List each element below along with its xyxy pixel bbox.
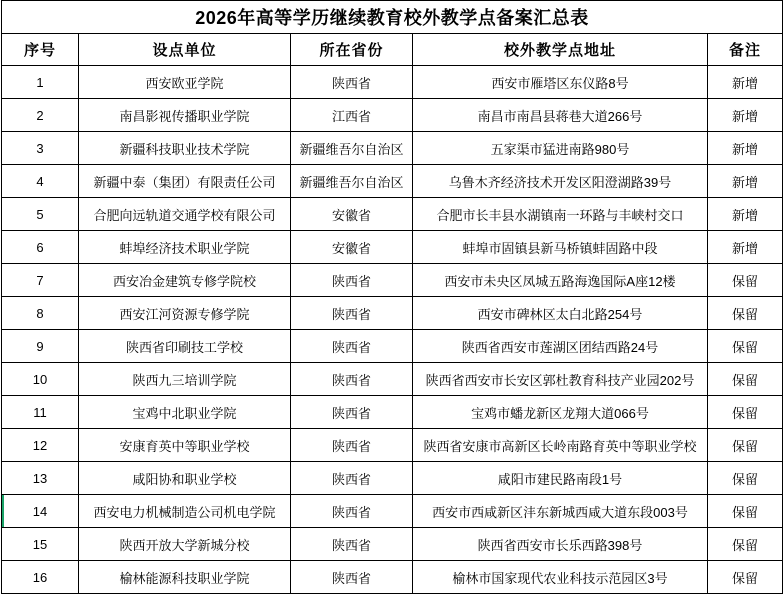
table-row: 2 南昌影视传播职业学院 江西省 南昌市南昌县蒋巷大道266号 新增 bbox=[2, 99, 783, 132]
cell-address[interactable]: 合肥市长丰县水湖镇南一环路与丰峡村交口 bbox=[413, 198, 708, 231]
cell-remark[interactable]: 保留 bbox=[708, 429, 783, 462]
cell-province[interactable]: 陕西省 bbox=[291, 264, 413, 297]
table-row: 8 西安江河资源专修学院 陕西省 西安市碑林区太白北路254号 保留 bbox=[2, 297, 783, 330]
col-header-address[interactable]: 校外教学点地址 bbox=[413, 34, 708, 66]
cell-address[interactable]: 西安市碑林区太白北路254号 bbox=[413, 297, 708, 330]
cell-remark[interactable]: 新增 bbox=[708, 99, 783, 132]
col-header-serial-no[interactable]: 序号 bbox=[2, 34, 79, 66]
table-row: 4 新疆中泰（集团）有限责任公司 新疆维吾尔自治区 乌鲁木齐经济技术开发区阳澄湖… bbox=[2, 165, 783, 198]
cell-remark[interactable]: 保留 bbox=[708, 297, 783, 330]
cell-province[interactable]: 新疆维吾尔自治区 bbox=[291, 132, 413, 165]
table-row: 3 新疆科技职业技术学院 新疆维吾尔自治区 五家渠市猛进南路980号 新增 bbox=[2, 132, 783, 165]
cell-province[interactable]: 陕西省 bbox=[291, 429, 413, 462]
cell-address[interactable]: 陕西省西安市长乐西路398号 bbox=[413, 528, 708, 561]
cell-unit[interactable]: 合肥向远轨道交通学校有限公司 bbox=[79, 198, 291, 231]
cell-unit[interactable]: 新疆中泰（集团）有限责任公司 bbox=[79, 165, 291, 198]
cell-remark[interactable]: 保留 bbox=[708, 495, 783, 528]
cell-province[interactable]: 陕西省 bbox=[291, 396, 413, 429]
cell-unit[interactable]: 南昌影视传播职业学院 bbox=[79, 99, 291, 132]
cell-serial-no[interactable]: 13 bbox=[2, 462, 79, 495]
filing-summary-table: 2026年高等学历继续教育校外教学点备案汇总表 序号 设点单位 所在省份 校外教… bbox=[1, 0, 783, 594]
table-row: 5 合肥向远轨道交通学校有限公司 安徽省 合肥市长丰县水湖镇南一环路与丰峡村交口… bbox=[2, 198, 783, 231]
cell-serial-no[interactable]: 6 bbox=[2, 231, 79, 264]
cell-unit[interactable]: 宝鸡中北职业学院 bbox=[79, 396, 291, 429]
cell-remark[interactable]: 新增 bbox=[708, 231, 783, 264]
cell-unit[interactable]: 榆林能源科技职业学院 bbox=[79, 561, 291, 594]
cell-province[interactable]: 江西省 bbox=[291, 99, 413, 132]
cell-province[interactable]: 新疆维吾尔自治区 bbox=[291, 165, 413, 198]
cell-serial-no[interactable]: 9 bbox=[2, 330, 79, 363]
cell-province[interactable]: 陕西省 bbox=[291, 462, 413, 495]
cell-remark[interactable]: 保留 bbox=[708, 462, 783, 495]
cell-serial-no[interactable]: 4 bbox=[2, 165, 79, 198]
cell-address[interactable]: 乌鲁木齐经济技术开发区阳澄湖路39号 bbox=[413, 165, 708, 198]
cell-province[interactable]: 陕西省 bbox=[291, 363, 413, 396]
cell-serial-no[interactable]: 5 bbox=[2, 198, 79, 231]
spreadsheet-area: 2026年高等学历继续教育校外教学点备案汇总表 序号 设点单位 所在省份 校外教… bbox=[0, 0, 783, 597]
table-row: 1 西安欧亚学院 陕西省 西安市雁塔区东仪路8号 新增 bbox=[2, 66, 783, 99]
table-body: 1 西安欧亚学院 陕西省 西安市雁塔区东仪路8号 新增 2 南昌影视传播职业学院… bbox=[2, 66, 783, 594]
header-row: 序号 设点单位 所在省份 校外教学点地址 备注 bbox=[2, 34, 783, 66]
table-row: 15 陕西开放大学新城分校 陕西省 陕西省西安市长乐西路398号 保留 bbox=[2, 528, 783, 561]
cell-unit[interactable]: 咸阳协和职业学校 bbox=[79, 462, 291, 495]
cell-province[interactable]: 陕西省 bbox=[291, 66, 413, 99]
cell-serial-no[interactable]: 16 bbox=[2, 561, 79, 594]
cell-remark[interactable]: 保留 bbox=[708, 264, 783, 297]
cell-serial-no[interactable]: 3 bbox=[2, 132, 79, 165]
cell-unit[interactable]: 西安冶金建筑专修学院校 bbox=[79, 264, 291, 297]
cell-remark[interactable]: 新增 bbox=[708, 132, 783, 165]
cell-remark[interactable]: 保留 bbox=[708, 396, 783, 429]
cell-serial-no[interactable]: 2 bbox=[2, 99, 79, 132]
cell-serial-no[interactable]: 1 bbox=[2, 66, 79, 99]
cell-remark[interactable]: 保留 bbox=[708, 528, 783, 561]
cell-address[interactable]: 西安市雁塔区东仪路8号 bbox=[413, 66, 708, 99]
col-header-unit[interactable]: 设点单位 bbox=[79, 34, 291, 66]
col-header-province[interactable]: 所在省份 bbox=[291, 34, 413, 66]
cell-unit[interactable]: 西安江河资源专修学院 bbox=[79, 297, 291, 330]
cell-province[interactable]: 安徽省 bbox=[291, 231, 413, 264]
cell-unit[interactable]: 安康育英中等职业学校 bbox=[79, 429, 291, 462]
cell-unit[interactable]: 陕西九三培训学院 bbox=[79, 363, 291, 396]
cell-remark[interactable]: 新增 bbox=[708, 165, 783, 198]
title-row: 2026年高等学历继续教育校外教学点备案汇总表 bbox=[2, 1, 783, 34]
cell-address[interactable]: 西安市西咸新区沣东新城西咸大道东段003号 bbox=[413, 495, 708, 528]
cell-province[interactable]: 陕西省 bbox=[291, 330, 413, 363]
cell-unit[interactable]: 新疆科技职业技术学院 bbox=[79, 132, 291, 165]
table-row: 16 榆林能源科技职业学院 陕西省 榆林市国家现代农业科技示范园区3号 保留 bbox=[2, 561, 783, 594]
cell-province[interactable]: 安徽省 bbox=[291, 198, 413, 231]
cell-address[interactable]: 咸阳市建民路南段1号 bbox=[413, 462, 708, 495]
cell-unit[interactable]: 陕西开放大学新城分校 bbox=[79, 528, 291, 561]
cell-serial-no[interactable]: 11 bbox=[2, 396, 79, 429]
cell-remark[interactable]: 保留 bbox=[708, 561, 783, 594]
cell-serial-no[interactable]: 14 bbox=[2, 495, 79, 528]
cell-serial-no[interactable]: 10 bbox=[2, 363, 79, 396]
cell-address[interactable]: 蚌埠市固镇县新马桥镇蚌固路中段 bbox=[413, 231, 708, 264]
table-row: 14 西安电力机械制造公司机电学院 陕西省 西安市西咸新区沣东新城西咸大道东段0… bbox=[2, 495, 783, 528]
table-row: 6 蚌埠经济技术职业学院 安徽省 蚌埠市固镇县新马桥镇蚌固路中段 新增 bbox=[2, 231, 783, 264]
table-row: 9 陕西省印刷技工学校 陕西省 陕西省西安市莲湖区团结西路24号 保留 bbox=[2, 330, 783, 363]
cell-serial-no[interactable]: 12 bbox=[2, 429, 79, 462]
cell-province[interactable]: 陕西省 bbox=[291, 528, 413, 561]
col-header-remark[interactable]: 备注 bbox=[708, 34, 783, 66]
table-row: 7 西安冶金建筑专修学院校 陕西省 西安市未央区凤城五路海逸国际A座12楼 保留 bbox=[2, 264, 783, 297]
cell-unit[interactable]: 西安电力机械制造公司机电学院 bbox=[79, 495, 291, 528]
cell-province[interactable]: 陕西省 bbox=[291, 561, 413, 594]
table-row: 10 陕西九三培训学院 陕西省 陕西省西安市长安区郭杜教育科技产业园202号 保… bbox=[2, 363, 783, 396]
cell-address[interactable]: 陕西省安康市高新区长岭南路育英中等职业学校 bbox=[413, 429, 708, 462]
cell-remark[interactable]: 新增 bbox=[708, 66, 783, 99]
cell-remark[interactable]: 保留 bbox=[708, 330, 783, 363]
cell-address[interactable]: 陕西省西安市莲湖区团结西路24号 bbox=[413, 330, 708, 363]
cell-province[interactable]: 陕西省 bbox=[291, 297, 413, 330]
cell-unit[interactable]: 蚌埠经济技术职业学院 bbox=[79, 231, 291, 264]
table-row: 12 安康育英中等职业学校 陕西省 陕西省安康市高新区长岭南路育英中等职业学校 … bbox=[2, 429, 783, 462]
cell-province[interactable]: 陕西省 bbox=[291, 495, 413, 528]
cell-unit[interactable]: 陕西省印刷技工学校 bbox=[79, 330, 291, 363]
cell-address[interactable]: 陕西省西安市长安区郭杜教育科技产业园202号 bbox=[413, 363, 708, 396]
table-row: 13 咸阳协和职业学校 陕西省 咸阳市建民路南段1号 保留 bbox=[2, 462, 783, 495]
cell-address[interactable]: 南昌市南昌县蒋巷大道266号 bbox=[413, 99, 708, 132]
cell-address[interactable]: 宝鸡市蟠龙新区龙翔大道066号 bbox=[413, 396, 708, 429]
cell-address[interactable]: 榆林市国家现代农业科技示范园区3号 bbox=[413, 561, 708, 594]
cell-unit[interactable]: 西安欧亚学院 bbox=[79, 66, 291, 99]
cell-address[interactable]: 西安市未央区凤城五路海逸国际A座12楼 bbox=[413, 264, 708, 297]
cell-serial-no[interactable]: 8 bbox=[2, 297, 79, 330]
cell-remark[interactable]: 新增 bbox=[708, 198, 783, 231]
cell-serial-no[interactable]: 7 bbox=[2, 264, 79, 297]
cell-remark[interactable]: 保留 bbox=[708, 363, 783, 396]
table-row: 11 宝鸡中北职业学院 陕西省 宝鸡市蟠龙新区龙翔大道066号 保留 bbox=[2, 396, 783, 429]
cell-address[interactable]: 五家渠市猛进南路980号 bbox=[413, 132, 708, 165]
table-title: 2026年高等学历继续教育校外教学点备案汇总表 bbox=[2, 1, 783, 34]
cell-serial-no[interactable]: 15 bbox=[2, 528, 79, 561]
